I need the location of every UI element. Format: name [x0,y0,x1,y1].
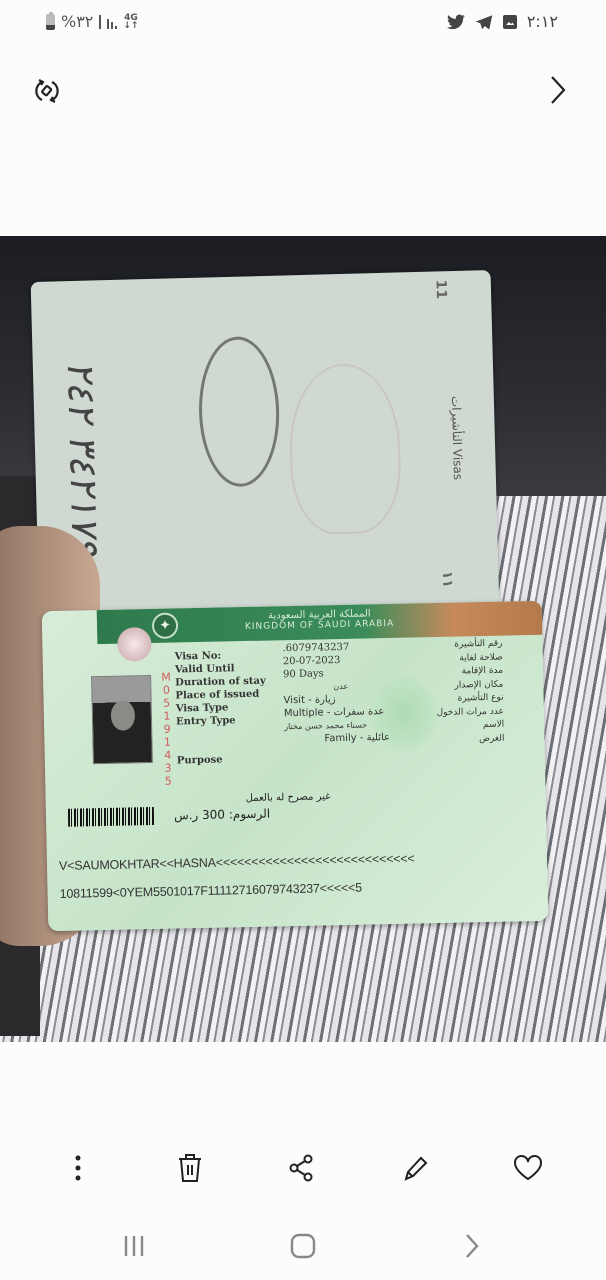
next-button[interactable] [540,72,576,108]
battery-icon [46,14,55,30]
gallery-icon [503,15,517,29]
vertical-id-char: 0 [161,684,171,697]
barcode [68,807,154,827]
pencil-icon [402,1154,430,1182]
label-entry-type: Entry Type [176,714,267,729]
network-type-icon: 4G↓↑ [123,14,138,30]
passport-visas-page: 11 ١١ ٣٤٢١٧٩٥ ٢٤٢ التأشيرات Visas [31,270,500,622]
vertical-id-char: 5 [163,775,173,788]
vertical-id-char: 1 [162,710,172,723]
battery-percent: %٣٢ [61,12,93,31]
label-purpose: Purpose [177,753,268,768]
telegram-icon [475,14,493,30]
signal-icon [99,15,117,29]
label-ar-name: الاسم [437,719,505,734]
recent-apps-icon [122,1234,146,1258]
visas-page-title: التأشيرات Visas [449,396,465,481]
vertical-id-char: 3 [163,762,173,775]
share-icon [289,1154,315,1182]
label-place-issued: Place of issued [175,688,266,703]
status-left: %٣٢ 4G↓↑ [46,12,138,31]
heart-icon [513,1155,543,1181]
share-button[interactable] [282,1148,322,1188]
yemen-emblem-watermark [288,362,402,535]
value-purpose: Family - عائلية [284,731,390,746]
label-ar-place: مكان الإصدار [436,678,504,693]
home-icon [290,1233,316,1259]
back-icon [464,1233,480,1259]
twitter-icon [447,14,465,30]
vertical-id-number: M05191435 [161,671,173,788]
vertical-id-char: M [161,671,171,684]
vertical-id-char: 5 [162,697,172,710]
label-ar-visa-type: نوع التأشيرة [436,692,504,707]
mrz-line-1: V<SAUMOKHTAR<<HASNA<<<<<<<<<<<<<<<<<<<<<… [59,852,415,873]
page-number-bottom: ١١ [439,571,455,589]
visa-fee: الرسوم: 300 ر.س [174,807,270,823]
rotate-icon [33,77,61,105]
viewer-top-bar [0,60,606,120]
label-ar-visa-no: رقم التأشيرة [435,638,503,653]
visa-values: .6079743237 20-07-2023 90 Days عدن Visit… [282,640,390,746]
value-entry-type: Multiple - عدة سفرات [284,705,390,720]
work-restriction-note: غير مصرح له بالعمل [246,791,331,804]
vertical-id-char: 9 [162,723,172,736]
back-button[interactable] [452,1226,492,1266]
mrz-line-2: 10811599<0YEM5501017F11112716079743237<<… [59,881,362,901]
clock: ٢:١٢ [527,12,558,31]
label-ar-duration: مدة الإقامة [436,665,504,680]
trash-icon [177,1153,203,1183]
visa-labels-english: Visa No: Valid Until Duration of stay Pl… [175,649,268,768]
more-vertical-icon [75,1155,81,1181]
delete-button[interactable] [170,1148,210,1188]
holder-photo [91,675,153,764]
photo-viewer-image[interactable]: 11 ١١ ٣٤٢١٧٩٥ ٢٤٢ التأشيرات Visas المملك… [0,236,606,1042]
saudi-visa-sticker: المملكة العربية السعودية KINGDOM OF SAUD… [42,601,549,931]
chevron-right-icon [549,75,567,105]
label-ar-entries: عدد مرات الدخول [436,705,504,720]
vertical-id-char: 1 [162,736,172,749]
vertical-id-char: 4 [163,749,173,762]
recent-apps-button[interactable] [114,1226,154,1266]
status-right: ٢:١٢ [447,12,558,31]
favorite-button[interactable] [508,1148,548,1188]
entry-stamp [197,336,281,488]
edit-button[interactable] [396,1148,436,1188]
system-nav-bar [0,1220,606,1270]
status-bar: %٣٢ 4G↓↑ ٢:١٢ [0,0,606,48]
label-ar-purpose: الغرض [437,732,505,747]
visa-labels-arabic: رقم التأشيرة صلاحة لغاية مدة الإقامة مكا… [435,638,505,747]
label-ar-valid-until: صلاحة لغاية [435,651,503,666]
bottom-toolbar [0,1140,606,1196]
page-number-top: 11 [432,279,449,299]
more-options-button[interactable] [58,1148,98,1188]
hologram [117,627,152,662]
home-button[interactable] [283,1226,323,1266]
rotate-button[interactable] [30,74,64,108]
